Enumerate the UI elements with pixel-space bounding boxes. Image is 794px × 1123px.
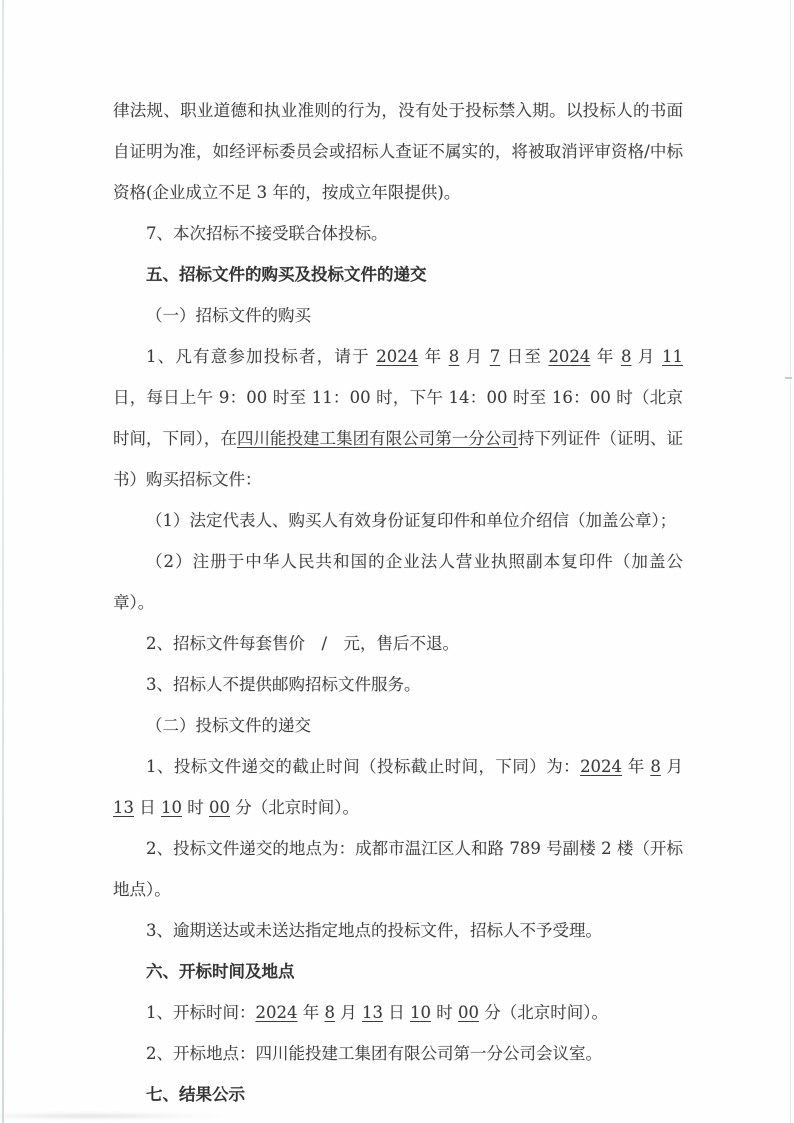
text-run: 3、逾期送达或未送达指定地点的投标文件，招标人不予受理。	[146, 921, 602, 940]
section-heading: 五、招标文件的购买及投标文件的递交	[113, 254, 683, 295]
underlined-text-run: 13	[113, 798, 134, 817]
paragraph: 1、投标文件递交的截止时间（投标截止时间，下同）为：2024 年 8 月 13 …	[113, 746, 683, 828]
text-run: 年	[622, 757, 650, 776]
underlined-text-run: 2024	[376, 347, 418, 366]
scan-artifact-right-edge	[790, 0, 791, 1123]
underlined-text-run: 2024	[256, 1003, 298, 1022]
paragraph: 2、招标文件每套售价 / 元，售后不退。	[113, 623, 683, 664]
underlined-text-run: 00	[209, 798, 230, 817]
text-run: 年	[298, 1003, 325, 1022]
text-run: 律法规、职业道德和执业准则的行为，没有处于投标禁入期。以投标人的书面自证明为准，…	[113, 101, 683, 202]
text-run: 时	[431, 1003, 458, 1022]
underlined-text-run: 00	[458, 1003, 479, 1022]
paragraph: （二）投标文件的递交	[113, 705, 683, 746]
paragraph: （2）注册于中华人民共和国的企业法人营业执照副本复印件（加盖公章）。	[113, 541, 683, 623]
underlined-text-run: 10	[161, 798, 182, 817]
underlined-text-run: 7	[490, 347, 501, 366]
paragraph: 3、招标人不提供邮购招标文件服务。	[113, 664, 683, 705]
paragraph: 3、逾期送达或未送达指定地点的投标文件，招标人不予受理。	[113, 910, 683, 951]
paragraph: 2、投标文件递交的地点为：成都市温江区人和路 789 号副楼 2 楼（开标地点）…	[113, 828, 683, 910]
paragraph: 1、开标时间：2024 年 8 月 13 日 10 时 00 分（北京时间）。	[113, 992, 683, 1033]
text-run: （二）投标文件的递交	[146, 716, 311, 735]
text-run: 7、本次招标不接受联合体投标。	[146, 224, 388, 243]
text-run: 1、凡有意参加投标者，请于	[146, 347, 376, 366]
text-run: （一）招标文件的购买	[146, 306, 311, 325]
scan-artifact-right-tick	[785, 377, 792, 379]
text-run: 3、招标人不提供邮购招标文件服务。	[146, 675, 421, 694]
section-heading: 六、开标时间及地点	[113, 951, 683, 992]
text-run: 1、开标时间：	[146, 1003, 256, 1022]
text-run: 六、开标时间及地点	[146, 962, 295, 981]
text-run: 时	[182, 798, 209, 817]
text-run: 日	[134, 798, 161, 817]
scan-artifact-left-edge	[2, 0, 4, 1123]
underlined-text-run: 8	[449, 347, 460, 366]
text-run: 分（北京时间）。	[479, 1003, 608, 1022]
underlined-text-run: 四川能投建工集团有限公司第一分公司	[237, 429, 518, 448]
section-heading: 七、结果公示	[113, 1074, 683, 1115]
underlined-text-run: 2024	[548, 347, 590, 366]
paragraph: 7、本次招标不接受联合体投标。	[113, 213, 683, 254]
underlined-text-run: 2024	[580, 757, 622, 776]
text-run: 2、开标地点：四川能投建工集团有限公司第一分公司会议室。	[146, 1044, 602, 1063]
document-content: 律法规、职业道德和执业准则的行为，没有处于投标禁入期。以投标人的书面自证明为准，…	[113, 90, 683, 1115]
text-run: 月	[631, 347, 662, 366]
text-run: 月	[335, 1003, 362, 1022]
paragraph: 律法规、职业道德和执业准则的行为，没有处于投标禁入期。以投标人的书面自证明为准，…	[113, 90, 683, 213]
text-run: 年	[590, 347, 621, 366]
underlined-text-run: 10	[410, 1003, 431, 1022]
text-run: 日至	[500, 347, 548, 366]
text-run: 分（北京时间）。	[230, 798, 359, 817]
paragraph: （一）招标文件的购买	[113, 295, 683, 336]
text-run: 五、招标文件的购买及投标文件的递交	[146, 265, 427, 284]
text-run: 年	[418, 347, 449, 366]
underlined-text-run: 8	[650, 757, 661, 776]
underlined-text-run: 11	[662, 347, 683, 366]
text-run: 七、结果公示	[146, 1085, 245, 1104]
text-run: 1、投标文件递交的截止时间（投标截止时间，下同）为：	[146, 757, 580, 776]
underlined-text-run: 13	[362, 1003, 383, 1022]
paragraph: 2、开标地点：四川能投建工集团有限公司第一分公司会议室。	[113, 1033, 683, 1074]
text-run: （2）注册于中华人民共和国的企业法人营业执照副本复印件（加盖公章）。	[113, 552, 683, 612]
underlined-text-run: 8	[325, 1003, 336, 1022]
paragraph: （1）法定代表人、购买人有效身份证复印件和单位介绍信（加盖公章）；	[113, 500, 683, 541]
scanned-page: 律法规、职业道德和执业准则的行为，没有处于投标禁入期。以投标人的书面自证明为准，…	[0, 0, 794, 1123]
text-run: 2、投标文件递交的地点为：成都市温江区人和路 789 号副楼 2 楼（开标地点）…	[113, 839, 683, 899]
text-run: 日	[383, 1003, 410, 1022]
text-run: 月	[459, 347, 490, 366]
text-run: 月	[661, 757, 683, 776]
text-run: 2、招标文件每套售价 / 元，售后不退。	[146, 634, 459, 653]
paragraph: 1、凡有意参加投标者，请于 2024 年 8 月 7 日至 2024 年 8 月…	[113, 336, 683, 500]
underlined-text-run: 8	[621, 347, 632, 366]
text-run: （1）法定代表人、购买人有效身份证复印件和单位介绍信（加盖公章）；	[146, 511, 676, 530]
